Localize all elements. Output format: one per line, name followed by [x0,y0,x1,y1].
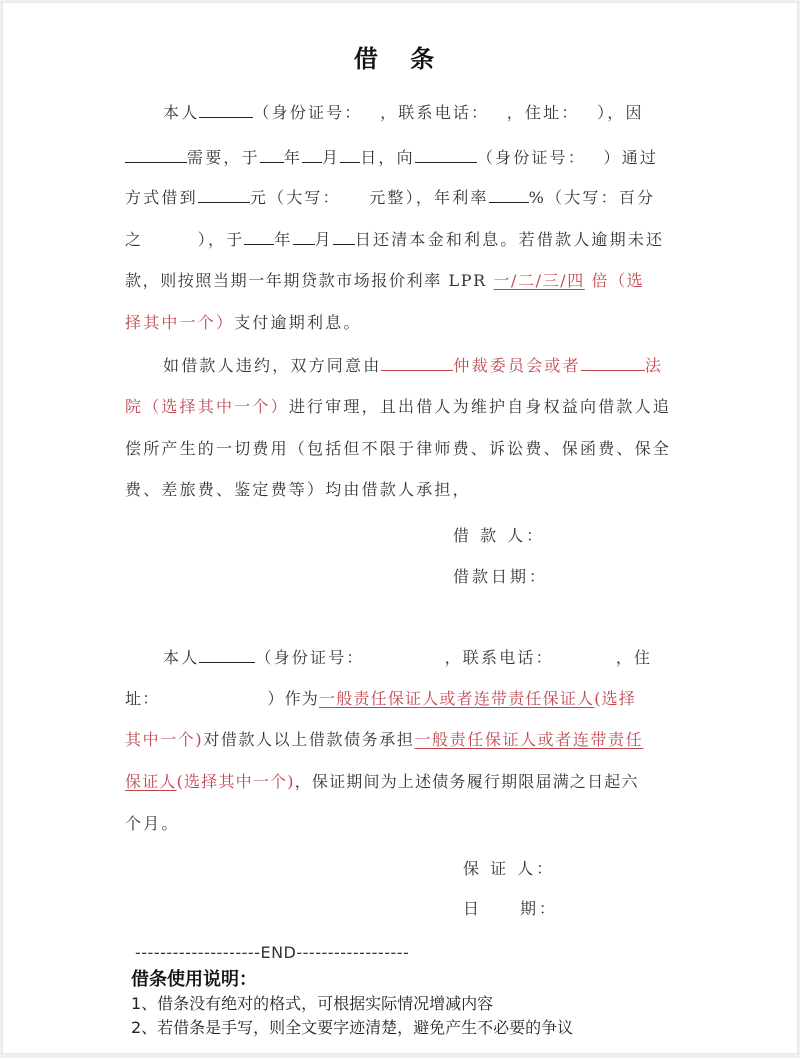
usage-note-2: 2、若借条是手写，则全文要字迹清楚，避免产生不必要的争议 [131,1015,573,1038]
dispute-line-4: 费、差旅费、鉴定费等）均由借款人承担， [125,480,681,500]
loan-line-3: 方式借到元（大写： 元整），年利率%（大写：百分 [125,188,681,208]
guarantor-type-option-2[interactable]: 一般责任保证人或者连带责任 [414,730,643,749]
loan-line-5: 款，则按照当期一年期贷款市场报价利率 LPR 一/二/三/四 倍（选 [125,271,681,291]
guarantee-line-3: 其中一个)对借款人以上借款债务承担一般责任保证人或者连带责任 [125,730,681,750]
month-blank[interactable] [302,148,322,163]
repay-year-blank[interactable] [244,230,274,245]
document-title: 借 条 [3,39,797,74]
guarantee-line-2: 址：）作为一般责任保证人或者连带责任保证人(选择 [125,689,681,709]
loan-line-1: 本人（身份证号： ，联系电话： ，住址： ），因 [163,103,681,123]
repay-day-blank[interactable] [333,230,355,245]
dispute-line-2: 院（选择其中一个）进行审理，且出借人为维护自身权益向借款人追 [125,397,681,417]
guarantor-type-option-2-cont[interactable]: 保证人 [125,772,177,791]
rate-blank[interactable] [489,188,529,203]
lender-name-blank[interactable] [415,148,477,163]
repay-month-blank[interactable] [293,230,315,245]
arbitration-blank[interactable] [381,356,453,371]
lpr-multiple-option[interactable]: 一/二/三/四 [493,271,584,290]
year-blank[interactable] [260,148,284,163]
guarantor-type-option-1[interactable]: 一般责任保证人或者连带责任保证人 [319,689,594,708]
loan-line-4: 之 ），于年月日还清本金和利息。若借款人逾期未还 [125,230,681,250]
document-page: 借 条 本人（身份证号： ，联系电话： ，住址： ），因 需要，于年月日，向（身… [2,2,798,1054]
guarantee-date-label: 日 期： [463,896,558,919]
borrow-date-label: 借款日期： [453,564,548,587]
borrower-name-blank[interactable] [199,103,253,118]
borrower-signature-label: 借 款 人： [453,523,545,546]
guarantor-name-blank[interactable] [199,648,255,663]
dispute-line-1: 如借款人违约，双方同意由仲裁委员会或者法 [163,356,681,376]
loan-line-6: 择其中一个）支付逾期利息。 [125,313,681,333]
guarantee-line-5: 个月。 [125,814,681,834]
guarantee-line-1: 本人（身份证号：，联系电话：，住 [163,648,681,668]
dispute-line-3: 偿所产生的一切费用（包括但不限于律师费、诉讼费、保函费、保全 [125,439,681,459]
guarantee-line-4: 保证人(选择其中一个)，保证期间为上述债务履行期限届满之日起六 [125,772,681,792]
loan-line-2: 需要，于年月日，向（身份证号： ）通过 [125,148,681,168]
court-blank[interactable] [581,356,645,371]
end-divider: --------------------END-----------------… [135,943,685,962]
amount-blank[interactable] [198,188,250,203]
usage-note-1: 1、借条没有绝对的格式，可根据实际情况增减内容 [131,991,493,1014]
day-blank[interactable] [340,148,360,163]
reason-blank[interactable] [125,148,187,163]
guarantor-signature-label: 保 证 人： [463,856,555,879]
usage-notes-title: 借条使用说明： [131,965,257,991]
